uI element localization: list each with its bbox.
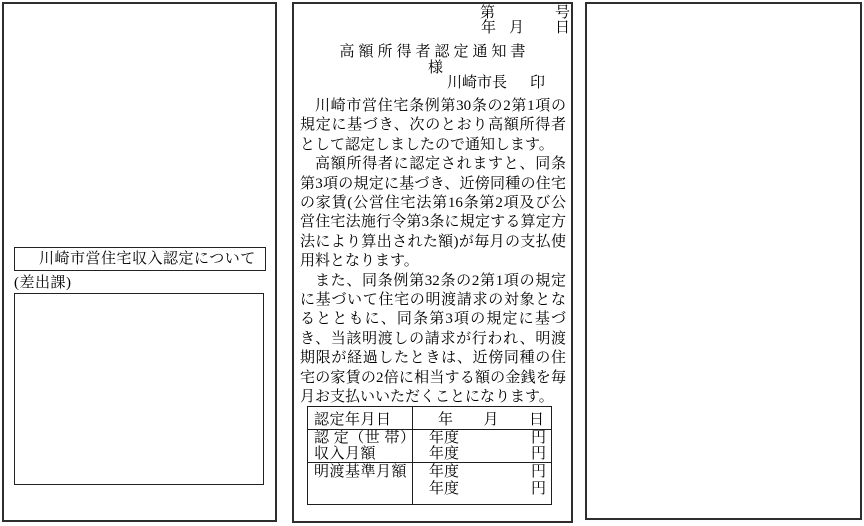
memo-blank-box (14, 293, 264, 485)
issue-date-year: 年 (481, 21, 496, 36)
fiscal-year-label: 年度 (429, 446, 459, 462)
day-label: 日 (529, 408, 544, 429)
fiscal-year-label: 年度 (429, 481, 459, 498)
income-line-1: 年度 円 (413, 430, 551, 446)
doc-number-suffix: 号 (555, 6, 570, 21)
year-label: 年 (438, 408, 453, 429)
certification-date-value: 年 月 日 (413, 408, 551, 429)
table-row-certification-date: 認定年月日 年 月 日 (308, 407, 552, 430)
standard-line-1: 年度 円 (413, 464, 551, 481)
body-paragraph-3: また、同条例第32条の2第1項の規定に基づいて住宅の明渡請求の対象となるとともに… (300, 272, 566, 405)
certification-table: 認定年月日 年 月 日 認 定（世 帯） 収入月額 年度 円 年度 (307, 406, 552, 505)
issue-date-day: 日 (555, 21, 570, 36)
subject-title-box: 川崎市営住宅収入認定について (14, 247, 266, 271)
issue-date-month: 月 (509, 21, 524, 36)
yen-label: 円 (531, 446, 546, 462)
seal-mark: 印 (530, 76, 545, 91)
table-row-vacate-standard-amount: 明渡基準月額 年度 円 年度 円 (308, 463, 552, 505)
blank-panel (585, 2, 862, 520)
income-line-2: 年度 円 (413, 446, 551, 462)
subject-title: 川崎市営住宅収入認定について (39, 251, 256, 267)
yen-label: 円 (531, 464, 546, 481)
row-label-certification-date: 認定年月日 (308, 407, 413, 430)
notice-body: 川崎市営住宅条例第30条の2第1項の規定に基づき、次のとおり高額所得者として認定… (300, 97, 566, 405)
issuer-name: 川崎市長 (447, 76, 507, 91)
notice-panel: 第 号 年 月 日 高額所得者認定通知書 様 川崎市長 印 川崎市営住宅条例第3… (292, 2, 573, 523)
memo-panel: 川崎市営住宅収入認定について (差出課) (2, 2, 277, 522)
addressee-honorific: 様 (428, 61, 443, 76)
month-label: 月 (483, 408, 498, 429)
row-label-vacate-standard-amount: 明渡基準月額 (308, 463, 413, 505)
yen-label: 円 (531, 481, 546, 498)
notice-title: 高額所得者認定通知書 (294, 44, 571, 60)
body-paragraph-2: 高額所得者に認定されますと、同条第3項の規定に基づき、近傍同種の住宅の家賃(公営… (300, 155, 566, 271)
fiscal-year-label: 年度 (429, 464, 459, 481)
body-paragraph-1: 川崎市営住宅条例第30条の2第1項の規定に基づき、次のとおり高額所得者として認定… (300, 97, 566, 155)
standard-line-2: 年度 円 (413, 481, 551, 498)
sender-department-note: (差出課) (14, 274, 72, 292)
yen-label: 円 (531, 430, 546, 446)
table-row-certified-household-income: 認 定（世 帯） 収入月額 年度 円 年度 円 (308, 430, 552, 463)
row-label-certified-household-income: 認 定（世 帯） 収入月額 (308, 430, 413, 463)
doc-number-prefix: 第 (480, 6, 495, 21)
fiscal-year-label: 年度 (429, 430, 459, 446)
